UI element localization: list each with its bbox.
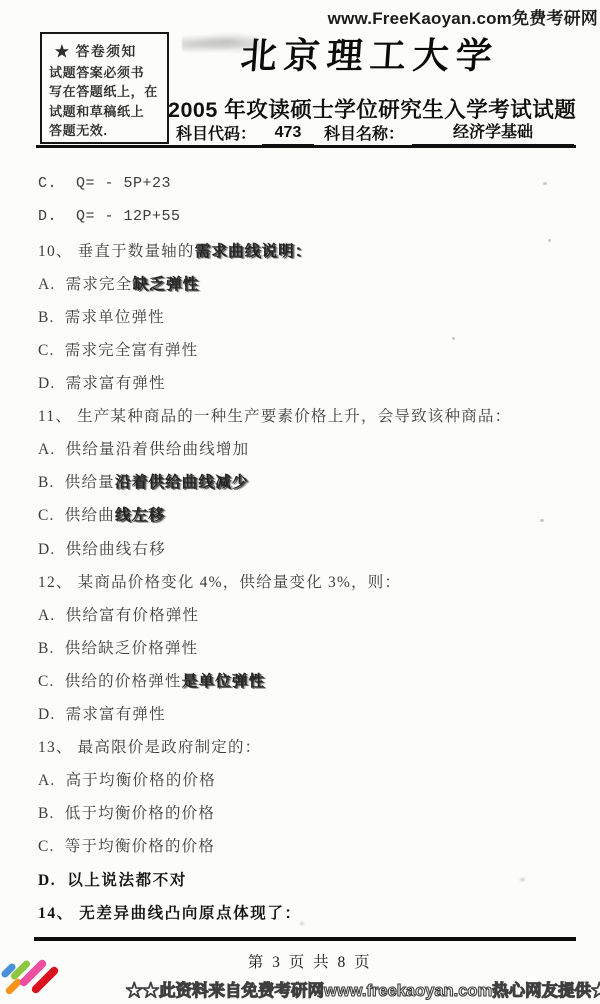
line-text: 13、 最高限价是政府制定的： <box>38 735 261 757</box>
line-text: B. 供给缺乏价格弹性 <box>38 636 198 658</box>
scan-speck <box>540 519 544 522</box>
line-text: C. 供给曲 <box>38 503 115 525</box>
line-text: C. 需求完全富有弹性 <box>38 338 198 360</box>
watermark-text: ★★此资料来自免费考研网www.freekaoyan.com热心网友提供★★ <box>126 977 600 1001</box>
exam-line: D. 以上说法都不对 <box>38 862 583 895</box>
scan-speck <box>452 337 455 340</box>
line-text: D. 需求富有弹性 <box>38 702 166 724</box>
line-text-smeared: 是单位弹性 <box>182 669 266 691</box>
notice-box: ★ 答卷须知 试题答案必须书写在答题纸上，在试题和草稿纸上答题无效. <box>40 32 169 144</box>
site-banner-text: www.FreeKaoyan.com免费考研网 <box>328 4 598 29</box>
line-text: D. 供给曲线右移 <box>38 537 166 559</box>
line-text: B. 供给量 <box>38 470 115 492</box>
line-text: A. 高于均衡价格的价格 <box>38 768 216 790</box>
exam-line: A. 供给量沿着供给曲线增加 <box>38 432 583 465</box>
exam-line: B. 低于均衡价格的价格 <box>38 796 583 829</box>
exam-line: C. Q= - 5P+23 <box>38 167 583 200</box>
line-text: A. 供给富有价格弹性 <box>38 603 199 625</box>
line-text: C. 供给的价格弹性 <box>38 669 182 691</box>
exam-line: C. 需求完全富有弹性 <box>38 332 583 365</box>
notice-box-title: ★ 答卷须知 <box>55 40 162 60</box>
exam-line: 11、 生产某种商品的一种生产要素价格上升，会导致该种商品： <box>38 399 583 432</box>
exam-line: A. 需求完全缺乏弹性 <box>38 266 583 299</box>
exam-line: A. 高于均衡价格的价格 <box>38 763 583 796</box>
line-text: D. 以上说法都不对 <box>38 868 187 890</box>
line-text: D. Q= - 12P+55 <box>38 208 181 225</box>
line-text-smeared: 沿着供给曲线减少 <box>115 470 249 492</box>
exam-line: 10、 垂直于数量轴的需求曲线说明： <box>38 233 583 266</box>
notice-line: 试题和草稿纸上 <box>49 102 162 121</box>
subject-code-value: 473 <box>262 124 314 146</box>
exam-line: D. 需求富有弹性 <box>38 697 583 730</box>
line-text-smeared: 缺乏弹性 <box>132 272 199 294</box>
exam-line: C. 等于均衡价格的价格 <box>38 829 583 862</box>
footer-logo <box>3 953 59 1003</box>
line-text-smeared: 线左移 <box>115 503 165 525</box>
line-text: D. 需求富有弹性 <box>38 371 166 393</box>
exam-line: 12、 某商品价格变化 4%，供给量变化 3%，则： <box>38 564 583 597</box>
subject-name-value: 经济学基础 <box>412 119 574 146</box>
line-text: 10、 垂直于数量轴的 <box>38 239 195 261</box>
subject-row: 科目代码： 473 科目名称： 经济学基础 <box>176 119 574 146</box>
exam-line: B. 供给量沿着供给曲线减少 <box>38 465 583 498</box>
line-text-smeared: 需求曲线说明： <box>195 239 312 261</box>
exam-line: 13、 最高限价是政府制定的： <box>38 730 583 763</box>
exam-body: C. Q= - 5P+23D. Q= - 12P+5510、 垂直于数量轴的需求… <box>38 167 583 928</box>
scan-speck <box>300 922 304 925</box>
line-text: C. Q= - 5P+23 <box>38 175 171 192</box>
exam-line: B. 需求单位弹性 <box>38 299 583 332</box>
exam-line: D. 供给曲线右移 <box>38 531 583 564</box>
exam-line: B. 供给缺乏价格弹性 <box>38 630 583 663</box>
exam-line: D. 需求富有弹性 <box>38 366 583 399</box>
line-text: A. 供给量沿着供给曲线增加 <box>38 437 249 459</box>
line-text: C. 等于均衡价格的价格 <box>38 834 215 856</box>
scan-speck <box>548 239 551 242</box>
line-text: 11、 生产某种商品的一种生产要素价格上升，会导致该种商品： <box>38 404 511 426</box>
line-text: B. 需求单位弹性 <box>38 305 165 327</box>
footer-divider <box>34 937 576 941</box>
university-title: 北京理工大学 <box>178 28 562 79</box>
scan-speck <box>520 878 525 881</box>
scan-speck <box>543 182 547 185</box>
exam-line: 14、 无差异曲线凸向原点体现了： <box>38 895 583 928</box>
exam-line: C. 供给的价格弹性是单位弹性 <box>38 663 583 696</box>
subject-name-label: 科目名称： <box>324 121 404 146</box>
line-text: 12、 某商品价格变化 4%，供给量变化 3%，则： <box>38 570 401 592</box>
line-text: 14、 无差异曲线凸向原点体现了： <box>38 901 302 923</box>
exam-line: A. 供给富有价格弹性 <box>38 597 583 630</box>
exam-line: D. Q= - 12P+55 <box>38 200 583 233</box>
exam-line: C. 供给曲线左移 <box>38 498 583 531</box>
notice-line: 试题答案必须书 <box>49 63 162 82</box>
notice-line: 写在答题纸上，在 <box>49 82 162 101</box>
page-number: 第 3 页 共 8 页 <box>20 950 600 972</box>
notice-lines: 试题答案必须书写在答题纸上，在试题和草稿纸上答题无效. <box>49 63 162 141</box>
header-divider <box>36 145 576 148</box>
notice-line: 答题无效. <box>49 121 162 140</box>
scanned-exam-page: www.FreeKaoyan.com免费考研网 ★ 答卷须知 试题答案必须书写在… <box>0 0 600 1004</box>
subject-code-label: 科目代码： <box>176 121 256 146</box>
line-text: A. 需求完全 <box>38 272 132 294</box>
line-text: B. 低于均衡价格的价格 <box>38 801 215 823</box>
